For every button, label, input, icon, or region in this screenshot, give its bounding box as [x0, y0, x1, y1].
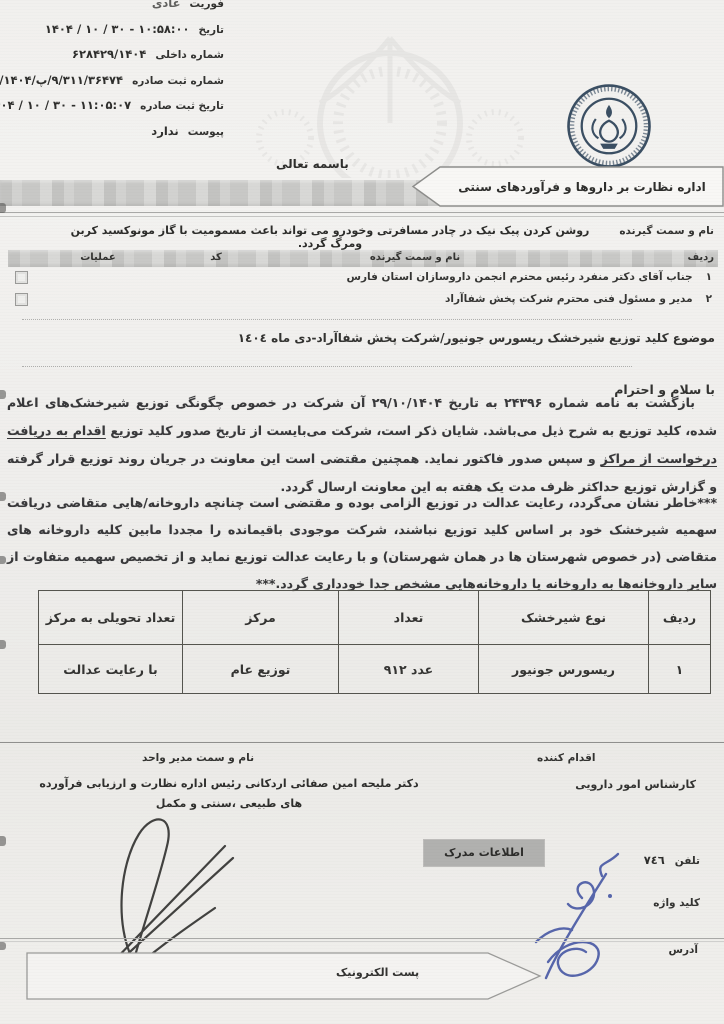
scan-artifact — [0, 203, 6, 213]
address-label: آدرس — [668, 944, 698, 956]
divider-footer-2 — [0, 941, 724, 942]
scan-artifact — [0, 556, 6, 564]
attachment-label: پیوست — [188, 126, 224, 138]
metadata-row-urgency: فوریت عادی — [6, 0, 224, 10]
actor-role: کارشناس امور دارویی — [575, 778, 696, 791]
email-label: پست الکترونیک — [336, 966, 419, 979]
recipients-col-row: ردیف — [687, 252, 714, 263]
divider-subject-top — [22, 319, 632, 320]
allocation-header-row: ردیف نوع شیرخشک تعداد مرکز تعداد تحویلی … — [39, 591, 711, 645]
divider-top-2 — [0, 216, 724, 217]
issue-date-label: تاریخ ثبت صادره — [140, 100, 224, 112]
paragraph-text: بازگشت به نامه شماره ۲۴۳۹۶ به تاریخ ۲۹/۱… — [7, 395, 717, 438]
phone-label: تلفن — [675, 855, 700, 867]
issue-number-label: شماره ثبت صادره — [132, 75, 224, 87]
attachment-value: ندارد — [151, 124, 178, 138]
body-paragraph-1: بازگشت به نامه شماره ۲۴۳۹۶ به تاریخ ۲۹/۱… — [7, 389, 717, 501]
safety-notice: روشن کردن پیک نیک در چادر مسافرتی وخودرو… — [70, 224, 590, 250]
cell-center: توزیع عام — [183, 645, 339, 694]
recipient-row: ۱ جناب آقای دکتر منفرد رئیس محترم انجمن … — [347, 271, 712, 283]
body-paragraph-2: ***خاطر نشان می‌گردد، رعایت عدالت در توز… — [7, 489, 717, 597]
col-delivered-to-center: تعداد تحویلی به مرکز — [39, 591, 183, 645]
footer-ribbon — [26, 952, 542, 1000]
metadata-row-date: تاریخ ۱۴۰۴ / ۱۰ / ۳۰ - ۱۰:۵۸:۰۰ — [6, 22, 224, 36]
cell-row-number: ۱ — [649, 645, 711, 694]
watermark-ornament — [225, 28, 555, 178]
scan-artifact — [0, 942, 6, 950]
handwritten-signature-ink — [103, 808, 243, 970]
recipients-col-ops: عملیات — [72, 252, 124, 263]
recipient-row-number: ۲ — [706, 293, 712, 305]
recipient-row-name: مدیر و مسئول فنی محترم شرکت پخش شفاآراد — [445, 293, 693, 305]
recipients-col-name: نام و سمت گیرنده — [355, 252, 475, 263]
internal-number-value: ۶۲۸۴۲۹/۱۴۰۴ — [72, 47, 146, 61]
date-label: تاریخ — [199, 24, 224, 36]
basmala: باسمه تعالی — [276, 157, 349, 171]
urgency-label: فوریت — [189, 0, 224, 10]
recipient-row-name: جناب آقای دکتر منفرد رئیس محترم انجمن دا… — [347, 271, 693, 283]
divider-top-1 — [0, 212, 724, 213]
recipient-row-number: ۱ — [706, 271, 712, 283]
manager-label: نام و سمت مدیر واحد — [142, 752, 254, 764]
allocation-data-row: ۱ ریسورس جونیور ۹۱۲ عدد توزیع عام با رعا… — [39, 645, 711, 694]
col-formula-type: نوع شیرخشک — [479, 591, 649, 645]
row-action-icon — [15, 293, 28, 306]
col-center: مرکز — [183, 591, 339, 645]
divider-signature — [0, 742, 724, 743]
issue-number-value: ص/۱۴۰۴/پ/۹/۳۱۱/۳۶۴۷۴ — [0, 73, 123, 87]
scanned-letter-page: فوریت عادی تاریخ ۱۴۰۴ / ۱۰ / ۳۰ - ۱۰:۵۸:… — [0, 0, 724, 1024]
cell-quantity: ۹۱۲ عدد — [339, 645, 479, 694]
letter-metadata: فوریت عادی تاریخ ۱۴۰۴ / ۱۰ / ۳۰ - ۱۰:۵۸:… — [6, 2, 224, 138]
metadata-row-issue-date: تاریخ ثبت صادره ۱۴۰۴ / ۱۰ / ۳۰ - ۱۱:۰۵:۰… — [6, 98, 224, 112]
scan-artifact — [0, 492, 6, 501]
actor-label: اقدام کننده — [537, 752, 595, 764]
phone-value: ٧٤٦ — [644, 853, 665, 867]
keyword-label: کلید واژه — [653, 897, 700, 909]
cell-formula-type: ریسورس جونیور — [479, 645, 649, 694]
recipients-col-code: کد — [196, 252, 236, 263]
subject-line: موضوع کلید توزیع شیرخشک ریسورس جونیور/شر… — [238, 331, 715, 345]
row-action-icon — [15, 271, 28, 284]
phone-row: تلفن ٧٤٦ — [644, 853, 700, 867]
date-value: ۱۴۰۴ / ۱۰ / ۳۰ - ۱۰:۵۸:۰۰ — [45, 22, 190, 36]
col-row-number: ردیف — [649, 591, 711, 645]
office-banner-title: اداره نظارت بر داروها و فرآوردهای سنتی — [452, 180, 712, 194]
internal-number-label: شماره داخلی — [155, 49, 224, 61]
cell-delivered-to-center: با رعایت عدالت — [39, 645, 183, 694]
metadata-row-issue-number: شماره ثبت صادره ص/۱۴۰۴/پ/۹/۳۱۱/۳۶۴۷۴ — [6, 73, 224, 87]
urgency-value: عادی — [152, 0, 181, 10]
divider-subject-bottom — [22, 366, 632, 367]
scan-artifact — [0, 390, 6, 399]
metadata-row-internal-number: شماره داخلی ۶۲۸۴۲۹/۱۴۰۴ — [6, 47, 224, 61]
divider-footer — [0, 938, 724, 939]
allocation-table: ردیف نوع شیرخشک تعداد مرکز تعداد تحویلی … — [38, 590, 711, 694]
scan-artifact — [0, 640, 6, 649]
recipient-row: ۲ مدیر و مسئول فنی محترم شرکت پخش شفاآرا… — [445, 293, 712, 305]
issue-date-value: ۱۴۰۴ / ۱۰ / ۳۰ - ۱۱:۰۵:۰۷ — [0, 98, 131, 112]
col-quantity: تعداد — [339, 591, 479, 645]
university-emblem-icon — [565, 82, 653, 170]
scan-artifact — [0, 836, 6, 846]
recipient-strip-label: نام و سمت گیرنده — [619, 225, 714, 237]
metadata-row-attachment: پیوست ندارد — [6, 124, 224, 138]
